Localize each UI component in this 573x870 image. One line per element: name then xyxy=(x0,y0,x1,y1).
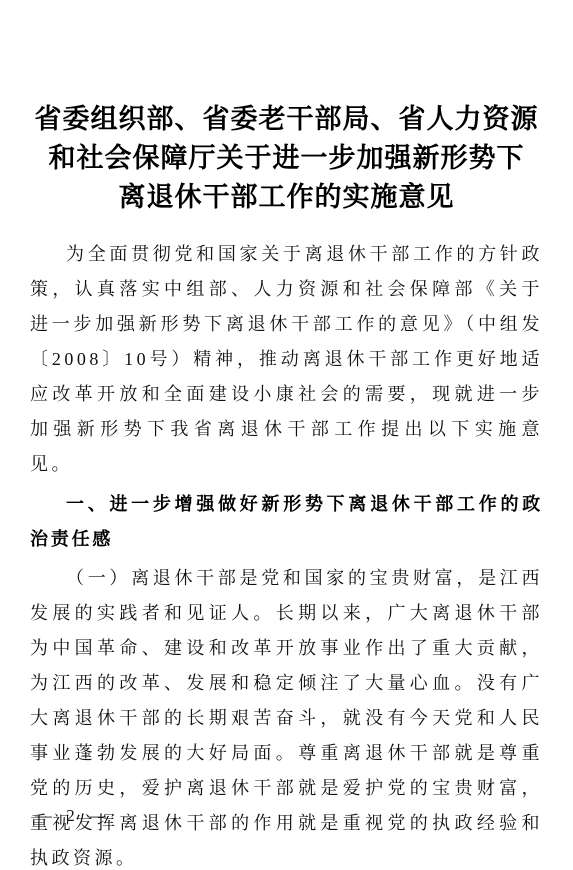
title-line-3: 离退休干部工作的实施意见 xyxy=(30,178,543,217)
document-page: 省委组织部、省委老干部局、省人力资源 和社会保障厅关于进一步加强新形势下 离退休… xyxy=(0,0,573,870)
page-number: — 2 — xyxy=(35,806,111,826)
title-line-1: 省委组织部、省委老干部局、省人力资源 xyxy=(30,100,543,139)
section-1-heading: 一、进一步增强做好新形势下离退休干部工作的政治责任感 xyxy=(30,487,543,557)
document-title: 省委组织部、省委老干部局、省人力资源 和社会保障厅关于进一步加强新形势下 离退休… xyxy=(30,100,543,217)
title-line-2: 和社会保障厅关于进一步加强新形势下 xyxy=(30,139,543,178)
intro-paragraph: 为全面贯彻党和国家关于离退休干部工作的方针政策，认真落实中组部、人力资源和社会保… xyxy=(30,237,543,482)
